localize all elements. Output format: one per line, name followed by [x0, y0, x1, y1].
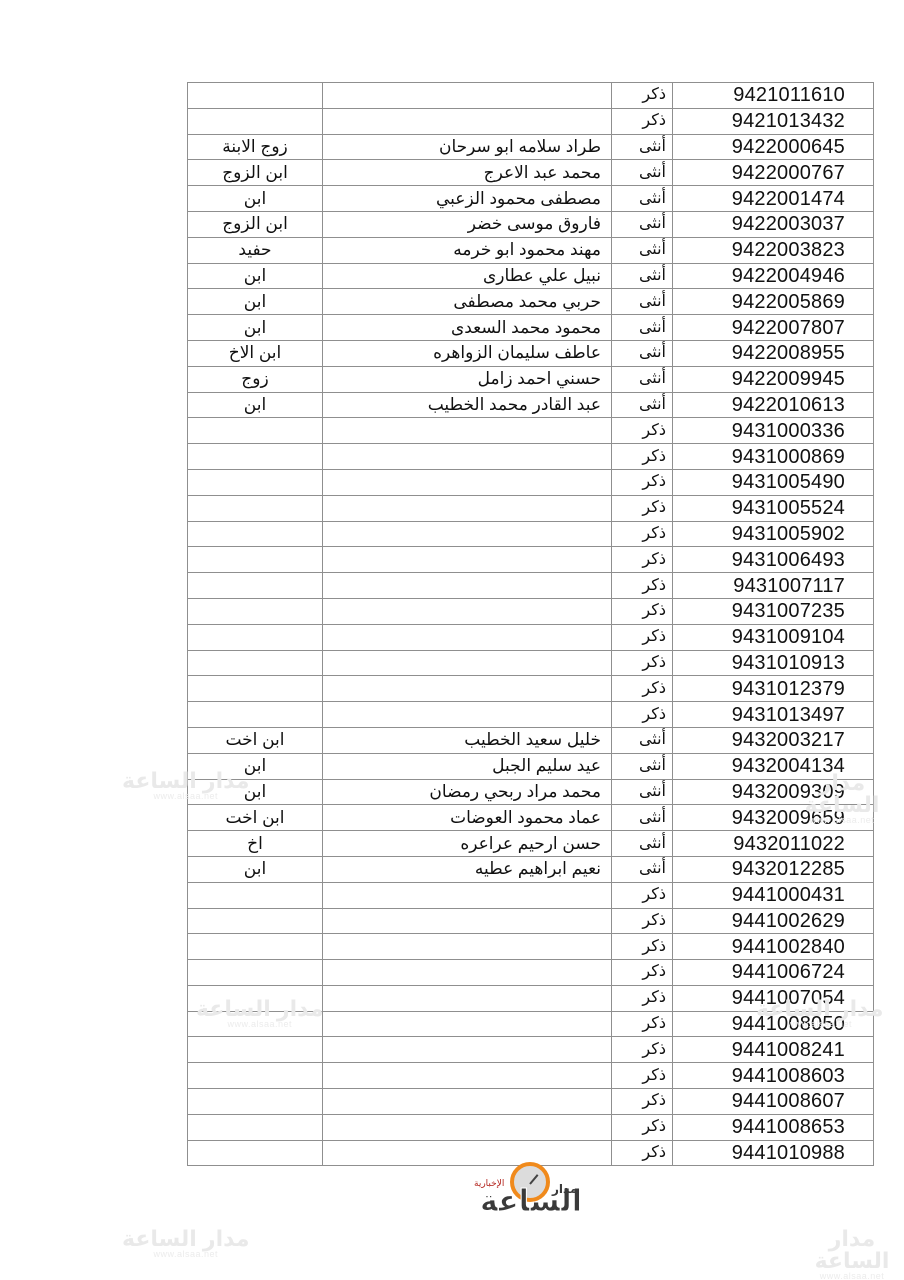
national-id-cell: 9441010988	[673, 1140, 874, 1166]
gender-cell: ذكر	[612, 1140, 673, 1166]
gender-cell: أنثى	[612, 263, 673, 289]
watermark-text: مدار الساعة	[122, 770, 249, 792]
table-row: اخحسن ارحيم عراعرهأنثى9432011022	[188, 831, 874, 857]
relation-cell	[188, 882, 323, 908]
table-row: زوجحسني احمد زاملأنثى9422009945	[188, 366, 874, 392]
relation-cell	[188, 1140, 323, 1166]
national-id-cell: 9422004946	[673, 263, 874, 289]
name-cell: حسن ارحيم عراعره	[323, 831, 612, 857]
gender-cell: ذكر	[612, 1063, 673, 1089]
national-id-cell: 9431006493	[673, 547, 874, 573]
table-row: ذكر9441008607	[188, 1089, 874, 1115]
gender-cell: ذكر	[612, 1114, 673, 1140]
name-cell	[323, 1037, 612, 1063]
watermark-url: www.alsaa.net	[780, 816, 904, 825]
watermark: مدار الساعةwww.alsaa.net	[756, 998, 883, 1029]
relation-cell	[188, 495, 323, 521]
name-cell	[323, 1063, 612, 1089]
name-cell: محمود محمد السعدى	[323, 315, 612, 341]
name-cell	[323, 882, 612, 908]
table-row: ابنمصطفى محمود الزعبيأنثى9422001474	[188, 186, 874, 212]
table-row: ابننبيل علي عطارىأنثى9422004946	[188, 263, 874, 289]
relation-cell	[188, 1037, 323, 1063]
name-cell	[323, 908, 612, 934]
national-id-cell: 9422005869	[673, 289, 874, 315]
name-cell	[323, 521, 612, 547]
table-row: ذكر9421011610	[188, 83, 874, 109]
name-cell	[323, 960, 612, 986]
name-cell: نبيل علي عطارى	[323, 263, 612, 289]
watermark: مدار الساعةwww.alsaa.net	[122, 770, 249, 801]
national-id-cell: 9431007117	[673, 573, 874, 599]
relation-cell	[188, 960, 323, 986]
relation-cell	[188, 1063, 323, 1089]
relation-cell: ابن الزوج	[188, 160, 323, 186]
relation-cell	[188, 521, 323, 547]
name-cell: عاطف سليمان الزواهره	[323, 340, 612, 366]
gender-cell: ذكر	[612, 650, 673, 676]
gender-cell: أنثى	[612, 134, 673, 160]
table-row: ابن الزوجفاروق موسى خضرأنثى9422003037	[188, 211, 874, 237]
document-page: ذكر9421011610ذكر9421013432زوج الابنةطراد…	[0, 0, 904, 1280]
watermark: مدار الساعةwww.alsaa.net	[122, 1228, 249, 1259]
relation-cell: حفيد	[188, 237, 323, 263]
table-row: ذكر9431006493	[188, 547, 874, 573]
name-cell: حربي محمد مصطفى	[323, 289, 612, 315]
relation-cell: زوج الابنة	[188, 134, 323, 160]
watermark: مدار الساعةwww.alsaa.net	[780, 772, 904, 825]
national-id-cell: 9431013497	[673, 702, 874, 728]
table-row: ذكر9431007117	[188, 573, 874, 599]
name-cell	[323, 650, 612, 676]
relation-cell	[188, 418, 323, 444]
national-id-cell: 9422000645	[673, 134, 874, 160]
gender-cell: ذكر	[612, 882, 673, 908]
logo-prefix: مدار	[552, 1182, 577, 1196]
national-id-cell: 9431000869	[673, 444, 874, 470]
watermark-text: مدار الساعة	[780, 772, 904, 816]
relation-cell: ابن الاخ	[188, 340, 323, 366]
name-cell: فاروق موسى خضر	[323, 211, 612, 237]
name-cell	[323, 1089, 612, 1115]
table-row: ذكر9441006724	[188, 960, 874, 986]
name-cell	[323, 598, 612, 624]
name-cell: مهند محمود ابو خرمه	[323, 237, 612, 263]
table-row: ذكر9441002629	[188, 908, 874, 934]
national-id-cell: 9422001474	[673, 186, 874, 212]
table-row: ابنحربي محمد مصطفىأنثى9422005869	[188, 289, 874, 315]
national-id-cell: 9441002629	[673, 908, 874, 934]
gender-cell: أنثى	[612, 727, 673, 753]
national-id-cell: 9431010913	[673, 650, 874, 676]
gender-cell: ذكر	[612, 985, 673, 1011]
name-cell	[323, 444, 612, 470]
relation-cell	[188, 108, 323, 134]
relation-cell	[188, 573, 323, 599]
table-row: ابن اختخليل سعيد الخطيبأنثى9432003217	[188, 727, 874, 753]
gender-cell: ذكر	[612, 960, 673, 986]
name-cell	[323, 83, 612, 109]
table-row: ذكر9431007235	[188, 598, 874, 624]
table-row: زوج الابنةطراد سلامه ابو سرحانأنثى942200…	[188, 134, 874, 160]
watermark-url: www.alsaa.net	[800, 1272, 904, 1280]
national-id-cell: 9431005524	[673, 495, 874, 521]
relation-cell: ابن	[188, 186, 323, 212]
name-cell	[323, 108, 612, 134]
name-cell: طراد سلامه ابو سرحان	[323, 134, 612, 160]
relation-cell	[188, 702, 323, 728]
relation-cell: ابن الزوج	[188, 211, 323, 237]
gender-cell: ذكر	[612, 1089, 673, 1115]
table-row: ذكر9441008603	[188, 1063, 874, 1089]
national-id-cell: 9441008603	[673, 1063, 874, 1089]
relation-cell	[188, 83, 323, 109]
relation-cell: ابن	[188, 315, 323, 341]
gender-cell: ذكر	[612, 418, 673, 444]
name-cell: محمد مراد ربحي رمضان	[323, 779, 612, 805]
gender-cell: ذكر	[612, 573, 673, 599]
gender-cell: أنثى	[612, 779, 673, 805]
national-id-cell: 9441006724	[673, 960, 874, 986]
national-id-cell: 9432003217	[673, 727, 874, 753]
table-row: ذكر9431000869	[188, 444, 874, 470]
national-id-cell: 9422010613	[673, 392, 874, 418]
national-id-cell: 9422003823	[673, 237, 874, 263]
table-row: ابن الاخعاطف سليمان الزواهرهأنثى94220089…	[188, 340, 874, 366]
gender-cell: ذكر	[612, 1011, 673, 1037]
relation-cell	[188, 650, 323, 676]
table-row: ذكر9421013432	[188, 108, 874, 134]
national-id-cell: 9441002840	[673, 934, 874, 960]
name-cell	[323, 1114, 612, 1140]
national-id-cell: 9441008607	[673, 1089, 874, 1115]
name-cell	[323, 573, 612, 599]
relation-cell	[188, 547, 323, 573]
table-row: ابنمحمود محمد السعدىأنثى9422007807	[188, 315, 874, 341]
gender-cell: ذكر	[612, 908, 673, 934]
national-id-cell: 9432011022	[673, 831, 874, 857]
name-cell: عماد محمود العوضات	[323, 805, 612, 831]
name-cell: محمد عبد الاعرج	[323, 160, 612, 186]
national-id-cell: 9431005902	[673, 521, 874, 547]
table-row: حفيدمهند محمود ابو خرمهأنثى9422003823	[188, 237, 874, 263]
name-cell	[323, 624, 612, 650]
table-row: ذكر9431009104	[188, 624, 874, 650]
table-row: ابن اختعماد محمود العوضاتأنثى9432009659	[188, 805, 874, 831]
gender-cell: أنثى	[612, 753, 673, 779]
table-row: ابن الزوجمحمد عبد الاعرجأنثى9422000767	[188, 160, 874, 186]
table-row: ابننعيم ابراهيم عطيهأنثى9432012285	[188, 856, 874, 882]
name-cell	[323, 418, 612, 444]
watermark: مدار الساعةwww.alsaa.net	[800, 1228, 904, 1280]
site-logo: الإخبارية الساعة مدار	[472, 1162, 584, 1222]
table-row: ذكر9431013497	[188, 702, 874, 728]
name-cell	[323, 1011, 612, 1037]
name-cell	[323, 547, 612, 573]
gender-cell: ذكر	[612, 495, 673, 521]
table-row: ابنمحمد مراد ربحي رمضانأنثى9432009309	[188, 779, 874, 805]
table-row: ابنعيد سليم الجبلأنثى9432004134	[188, 753, 874, 779]
name-cell	[323, 934, 612, 960]
gender-cell: ذكر	[612, 934, 673, 960]
table-row: ذكر9431010913	[188, 650, 874, 676]
relation-cell	[188, 676, 323, 702]
table-row: ابنعبد القادر محمد الخطيبأنثى9422010613	[188, 392, 874, 418]
relation-cell	[188, 1089, 323, 1115]
relation-cell: زوج	[188, 366, 323, 392]
national-id-cell: 9431007235	[673, 598, 874, 624]
gender-cell: أنثى	[612, 805, 673, 831]
gender-cell: ذكر	[612, 469, 673, 495]
name-cell: حسني احمد زامل	[323, 366, 612, 392]
relation-cell: ابن	[188, 392, 323, 418]
national-id-cell: 9431009104	[673, 624, 874, 650]
relation-cell: ابن	[188, 289, 323, 315]
watermark-text: مدار الساعة	[756, 998, 883, 1020]
watermark-url: www.alsaa.net	[122, 1250, 249, 1259]
national-id-cell: 9441008653	[673, 1114, 874, 1140]
relation-cell: ابن	[188, 856, 323, 882]
name-cell: نعيم ابراهيم عطيه	[323, 856, 612, 882]
name-cell	[323, 469, 612, 495]
gender-cell: ذكر	[612, 1037, 673, 1063]
table-row: ذكر9441000431	[188, 882, 874, 908]
gender-cell: أنثى	[612, 856, 673, 882]
relation-cell	[188, 1114, 323, 1140]
gender-cell: ذكر	[612, 521, 673, 547]
relation-cell	[188, 444, 323, 470]
name-cell: خليل سعيد الخطيب	[323, 727, 612, 753]
gender-cell: أنثى	[612, 340, 673, 366]
table-row: ذكر9431012379	[188, 676, 874, 702]
watermark-url: www.alsaa.net	[756, 1020, 883, 1029]
relation-cell: ابن اخت	[188, 805, 323, 831]
relation-cell	[188, 934, 323, 960]
name-cell: عيد سليم الجبل	[323, 753, 612, 779]
gender-cell: أنثى	[612, 315, 673, 341]
national-id-cell: 9431000336	[673, 418, 874, 444]
gender-cell: أنثى	[612, 289, 673, 315]
table-row: ذكر9431000336	[188, 418, 874, 444]
table-row: ذكر9441008653	[188, 1114, 874, 1140]
national-id-cell: 9422008955	[673, 340, 874, 366]
relation-cell	[188, 624, 323, 650]
watermark-url: www.alsaa.net	[122, 792, 249, 801]
gender-cell: أنثى	[612, 211, 673, 237]
relation-cell	[188, 469, 323, 495]
gender-cell: أنثى	[612, 366, 673, 392]
watermark-text: مدار الساعة	[122, 1228, 249, 1250]
relation-cell: ابن	[188, 263, 323, 289]
gender-cell: أنثى	[612, 237, 673, 263]
name-cell: مصطفى محمود الزعبي	[323, 186, 612, 212]
table-row: ذكر9441008241	[188, 1037, 874, 1063]
table-row: ذكر9431005490	[188, 469, 874, 495]
watermark-text: مدار الساعة	[800, 1228, 904, 1272]
national-id-cell: 9441000431	[673, 882, 874, 908]
gender-cell: أنثى	[612, 160, 673, 186]
gender-cell: ذكر	[612, 444, 673, 470]
national-id-cell: 9422000767	[673, 160, 874, 186]
relation-cell	[188, 598, 323, 624]
national-id-cell: 9441008241	[673, 1037, 874, 1063]
gender-cell: ذكر	[612, 676, 673, 702]
relation-cell	[188, 908, 323, 934]
national-id-cell: 9422009945	[673, 366, 874, 392]
name-cell	[323, 702, 612, 728]
national-id-cell: 9431012379	[673, 676, 874, 702]
table-row: ذكر9441002840	[188, 934, 874, 960]
gender-cell: ذكر	[612, 624, 673, 650]
watermark-url: www.alsaa.net	[196, 1020, 323, 1029]
name-cell	[323, 985, 612, 1011]
national-id-cell: 9431005490	[673, 469, 874, 495]
watermark-text: مدار الساعة	[196, 998, 323, 1020]
gender-cell: ذكر	[612, 598, 673, 624]
gender-cell: ذكر	[612, 702, 673, 728]
gender-cell: أنثى	[612, 186, 673, 212]
table-row: ذكر9431005524	[188, 495, 874, 521]
watermark: مدار الساعةwww.alsaa.net	[196, 998, 323, 1029]
name-cell	[323, 676, 612, 702]
relation-cell: ابن اخت	[188, 727, 323, 753]
gender-cell: ذكر	[612, 108, 673, 134]
national-id-cell: 9421011610	[673, 83, 874, 109]
national-id-cell: 9422007807	[673, 315, 874, 341]
table-row: ذكر9431005902	[188, 521, 874, 547]
gender-cell: أنثى	[612, 831, 673, 857]
gender-cell: أنثى	[612, 392, 673, 418]
national-id-cell: 9422003037	[673, 211, 874, 237]
gender-cell: ذكر	[612, 547, 673, 573]
relation-cell: اخ	[188, 831, 323, 857]
national-id-cell: 9432012285	[673, 856, 874, 882]
name-cell	[323, 495, 612, 521]
name-cell: عبد القادر محمد الخطيب	[323, 392, 612, 418]
national-id-cell: 9421013432	[673, 108, 874, 134]
gender-cell: ذكر	[612, 83, 673, 109]
